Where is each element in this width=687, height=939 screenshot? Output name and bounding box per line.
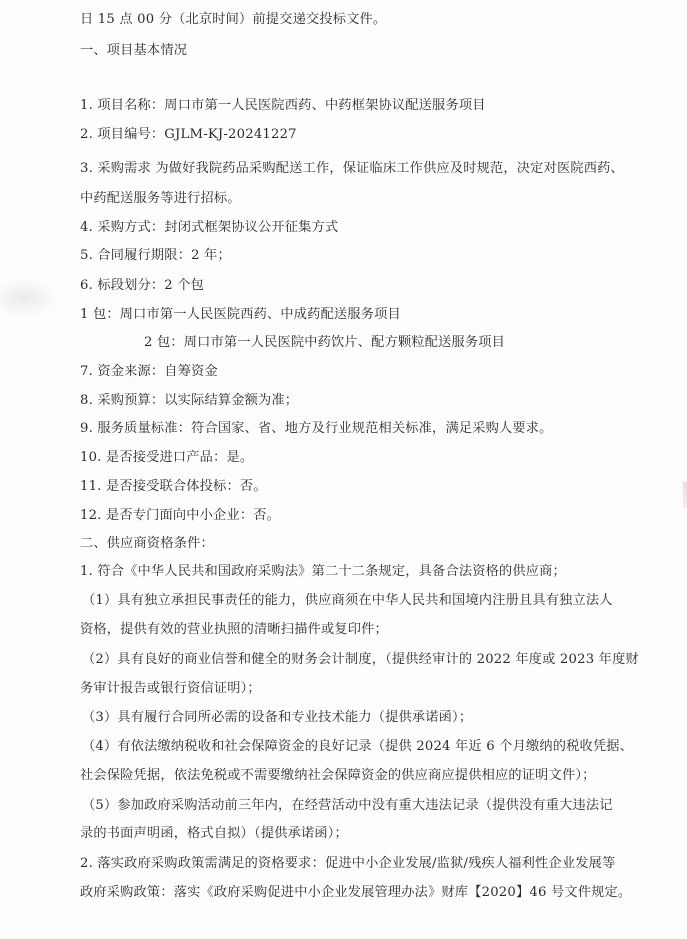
sme-only: 12. 是否专门面向中小企业：否。 bbox=[80, 507, 280, 525]
procurement-requirement-cont: 中药配送服务等进行招标。 bbox=[80, 190, 241, 208]
scan-artifact bbox=[0, 278, 60, 318]
qualification-1-4-cont: 社会保险凭据，依法免税或不需要缴纳社会保障资金的供应商应提供相应的证明文件）； bbox=[80, 767, 596, 785]
deadline-text: 日 15 点 00 分（北京时间）前提交递交投标文件。 bbox=[80, 11, 386, 29]
qualification-2: 2. 落实政府采购政策需满足的资格要求：促进中小企业发展/监狱/残疾人福利性企业… bbox=[80, 855, 615, 873]
contract-period: 5. 合同履行期限：2 年； bbox=[80, 247, 231, 265]
qualification-1-1-cont: 资格，提供有效的营业执照的清晰扫描件或复印件； bbox=[80, 621, 388, 639]
imported-products: 10. 是否接受进口产品：是。 bbox=[80, 449, 253, 467]
qualification-1-5: （5）参加政府采购活动前三年内，在经营活动中没有重大违法记录（提供没有重大违法记 bbox=[82, 797, 613, 815]
qualification-1-3: （3）具有履行合同所必需的设备和专业技术能力（提供承诺函）； bbox=[82, 709, 472, 727]
lot-2: 2 包：周口市第一人民医院中药饮片、配方颗粒配送服务项目 bbox=[144, 334, 505, 352]
qualification-1: 1. 符合《中华人民共和国政府采购法》第二十二条规定，具备合法资格的供应商； bbox=[80, 563, 566, 581]
qualification-1-5-cont: 录的书面声明函，格式自拟）（提供承诺函）； bbox=[80, 825, 348, 843]
document-page: 日 15 点 00 分（北京时间）前提交递交投标文件。 一、项目基本情况 1. … bbox=[0, 0, 687, 939]
seal-edge-mark bbox=[683, 482, 687, 508]
procurement-requirement: 3. 采购需求 为做好我院药品采购配送工作，保证临床工作供应及时规范，决定对医院… bbox=[80, 160, 624, 178]
qualification-1-4: （4）有依法缴纳税收和社会保障资金的良好记录（提供 2024 年近 6 个月缴纳… bbox=[82, 738, 633, 756]
procurement-budget: 8. 采购预算：以实际结算金额为准； bbox=[80, 392, 298, 410]
service-quality-standard: 9. 服务质量标准：符合国家、省、地方及行业规范相关标准，满足采购人要求。 bbox=[80, 420, 553, 438]
procurement-method: 4. 采购方式：封闭式框架协议公开征集方式 bbox=[80, 219, 338, 237]
section-heading-qualifications: 二、供应商资格条件： bbox=[80, 535, 214, 553]
project-name: 1. 项目名称：周口市第一人民医院西药、中药框架协议配送服务项目 bbox=[80, 97, 486, 115]
qualification-2-cont: 政府采购政策：落实《政府采购促进中小企业发展管理办法》财库【2020】46 号文… bbox=[80, 884, 631, 902]
funding-source: 7. 资金来源：自筹资金 bbox=[80, 363, 218, 381]
project-number: 2. 项目编号：GJLM-KJ-20241227 bbox=[80, 126, 297, 144]
qualification-1-2-cont: 务审计报告或银行资信证明）； bbox=[80, 680, 261, 698]
section-heading-basic-info: 一、项目基本情况 bbox=[80, 42, 187, 60]
qualification-1-1: （1）具有独立承担民事责任的能力，供应商须在中华人民共和国境内注册且具有独立法人 bbox=[82, 592, 613, 610]
qualification-1-2: （2）具有良好的商业信誉和健全的财务会计制度，（提供经审计的 2022 年度或 … bbox=[82, 651, 639, 669]
lot-1: 1 包：周口市第一人民医院西药、中成药配送服务项目 bbox=[80, 306, 401, 324]
consortium-bidding: 11. 是否接受联合体投标：否。 bbox=[80, 478, 267, 496]
lot-division: 6. 标段划分：2 个包 bbox=[80, 277, 204, 295]
